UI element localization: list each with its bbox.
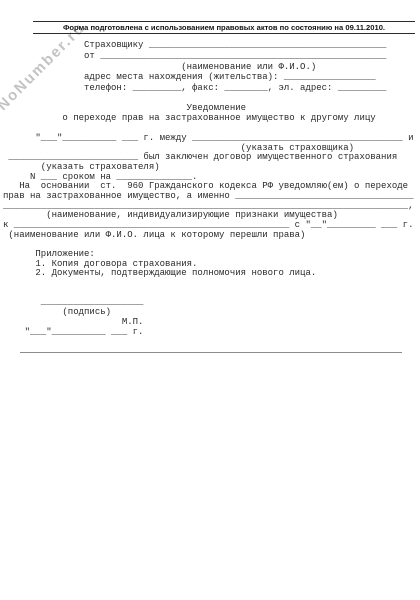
form-preparation-note: Форма подготовлена с использованием прав… bbox=[33, 21, 415, 34]
document-page: NoNumber.ru Форма подготовлена с использ… bbox=[0, 0, 420, 600]
bottom-divider bbox=[20, 352, 402, 353]
appendix-list: Приложение: 1. Копия договора страховани… bbox=[3, 250, 316, 279]
signature-block: ___________________ (подпись) М.П. "___"… bbox=[3, 297, 143, 337]
addressee-block: Страховщику ____________________________… bbox=[3, 40, 386, 94]
document-title: Уведомление о переходе прав на застрахов… bbox=[3, 103, 376, 124]
document-body-text: "___"__________ ___ г. между ___________… bbox=[3, 134, 413, 240]
